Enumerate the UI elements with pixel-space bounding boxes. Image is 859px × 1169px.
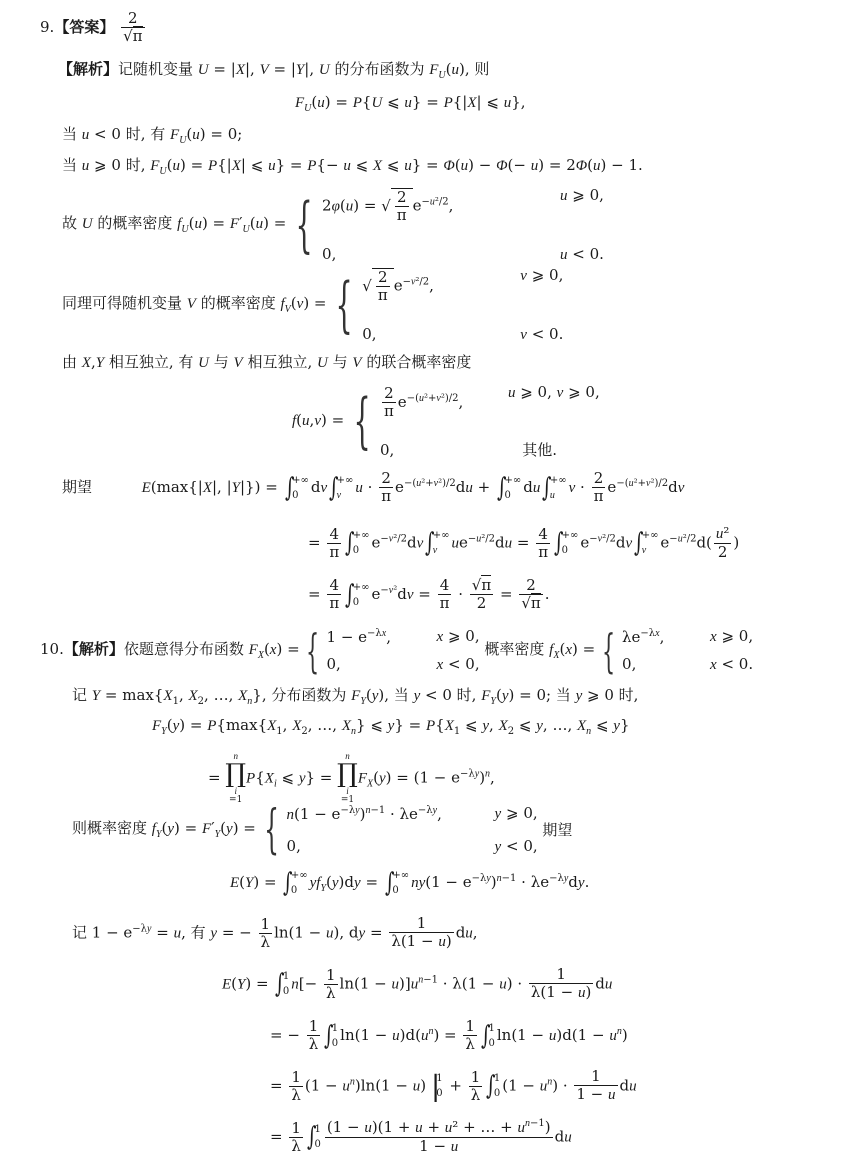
p10-line9: = − 1λ∫10ln(1 − u)d(un) = 1λ∫10ln(1 − u)… xyxy=(270,1018,628,1054)
cases-pdf: λe−λx,x ⩾ 0, 0,x < 0. xyxy=(622,629,753,673)
p10-line10: = 1λ(1 − un)ln(1 − u) |10 + 1λ∫10(1 − un… xyxy=(270,1068,637,1105)
p9-line6: 同理可得随机变量 V 的概率密度 fV(v) = { √2πe−v²/2,v ⩾… xyxy=(62,268,563,343)
cases-fY: n(1 − e−λy)n−1 · λe−λy,y ⩾ 0, 0,y < 0, xyxy=(287,806,538,855)
problem-9-answer: 9.【答案】 2√π xyxy=(40,10,147,46)
left-brace: { xyxy=(602,628,615,674)
p9-line2: FU(u) = P{U ⩽ u} = P{|X| ⩽ u}, xyxy=(295,95,526,114)
cases-joint: 2πe−(u²+v²)/2,u ⩾ 0, v ⩾ 0, 0, 其他. xyxy=(380,385,600,458)
left-brace: { xyxy=(307,628,320,674)
p9-line4: 当 u ⩾ 0 时, FU(u) = P{|X| ⩽ u} = P{− u ⩽ … xyxy=(62,158,643,177)
left-brace: { xyxy=(264,804,279,856)
p10-line4: = n∏i=1P{Xi ⩽ y} = n∏i=1FX(y) = (1 − e−λ… xyxy=(208,752,495,805)
left-brace: { xyxy=(336,275,353,335)
p10-line8: E(Y) = ∫10n[− 1λln(1 − u)]un−1 · λ(1 − u… xyxy=(222,966,612,1003)
cases-fV: √2πe−v²/2,v ⩾ 0, 0,v < 0. xyxy=(362,268,563,343)
p9-line3: 当 u < 0 时, 有 FU(u) = 0; xyxy=(62,127,242,146)
left-brace: { xyxy=(296,195,313,255)
p10-line6: E(Y) = ∫+∞0yfY(y)dy = ∫+∞0ny(1 − e−λy)n−… xyxy=(230,868,589,898)
analysis-tag: 【解析】 xyxy=(58,60,118,78)
answer-tag: 【答案】 xyxy=(54,18,114,36)
p10-line1: 10.【解析】依题意得分布函数 FX(x) = { 1 − e−λx,x ⩾ 0… xyxy=(40,628,753,674)
left-brace: { xyxy=(353,391,370,451)
p10-line11: = 1λ∫10(1 − u)(1 + u + u² + … + un−1)1 −… xyxy=(270,1118,572,1157)
expectation-label: 期望 xyxy=(62,478,92,496)
p9-line7: 由 X,Y 相互独立, 有 U 与 V 相互独立, U 与 V 的联合概率密度 xyxy=(62,355,471,371)
cases-fU: 2φ(u) = √2πe−u²/2,u ⩾ 0, 0,u < 0. xyxy=(322,188,604,263)
problem-number: 9. xyxy=(40,18,54,36)
p9-line10: = 4π∫+∞0e−v²/2dv∫+∞vue−u²/2du = 4π∫+∞0e−… xyxy=(308,525,739,562)
p9-line5: 故 U 的概率密度 fU(u) = F′U(u) = { 2φ(u) = √2π… xyxy=(62,188,604,263)
p9-line11: = 4π∫+∞0e−v²dv = 4π · √π2 = 2√π. xyxy=(308,577,550,613)
p9-line8: f(u,v) = { 2πe−(u²+v²)/2,u ⩾ 0, v ⩾ 0, 0… xyxy=(292,385,600,458)
p10-line2: 记 Y = max{X1, X2, …, Xn}, 分布函数为 FY(y), 当… xyxy=(72,688,638,707)
p9-line9: 期望 E(max{|X|, |Y|}) = ∫+∞0dv∫+∞vu · 2πe−… xyxy=(62,470,684,506)
expectation-label: 期望 xyxy=(542,823,572,838)
analysis-tag: 【解析】 xyxy=(64,640,124,658)
p10-line3: FY(y) = P{max{X1, X2, …, Xn} ⩽ y} = P{X1… xyxy=(152,718,630,737)
answer-formula: 2√π xyxy=(121,10,144,46)
cases-cdf: 1 − e−λx,x ⩾ 0, 0,x < 0, xyxy=(327,629,480,673)
p10-line7: 记 1 − e−λy = u, 有 y = − 1λln(1 − u), dy … xyxy=(72,915,478,952)
problem-number: 10. xyxy=(40,640,64,658)
p10-line5: 则概率密度 fY(y) = F′Y(y) = { n(1 − e−λy)n−1 … xyxy=(72,804,572,856)
p9-analysis-line1: 【解析】记随机变量 U = |X|, V = |Y|, U 的分布函数为 FU(… xyxy=(58,62,489,81)
